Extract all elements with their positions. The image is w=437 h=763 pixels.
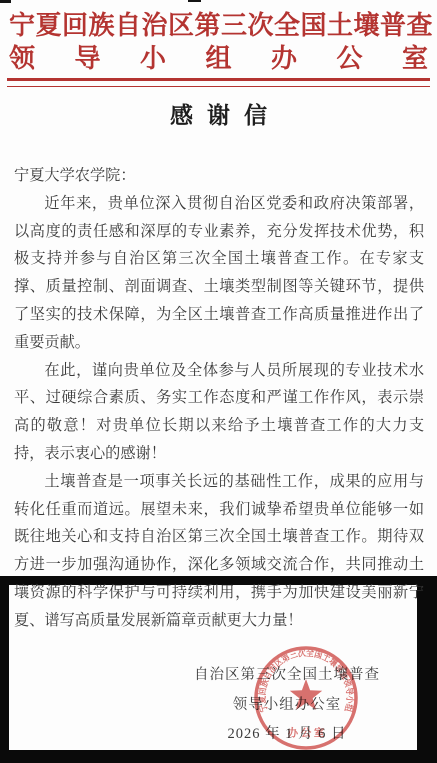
scan-artifact: [188, 0, 201, 2]
photo-border-bottom: [0, 750, 437, 763]
photo-border-left: [0, 580, 9, 763]
letterhead-line1: 宁夏回族自治区第三次全国土壤普查: [9, 8, 428, 44]
letter-page: 宁夏回族自治区第三次全国土壤普查 领导小组办公室 感谢信 宁夏大学农学院： 近年…: [0, 0, 437, 763]
body-paragraph: 土壤普查是一项事关长远的基础性工作，成果的应用与转化任重而道远。展望未来，我们诚…: [14, 468, 424, 635]
letterhead-line2: 领导小组办公室: [9, 44, 428, 74]
letter-title: 感谢信: [0, 100, 437, 132]
signature-date: 2026 年 1 月 6 日: [194, 720, 380, 750]
salutation: 宁夏大学农学院：: [14, 162, 424, 190]
signature-line2: 领导小组办公室: [194, 691, 380, 721]
scan-artifact: [0, 0, 11, 3]
signature-block: 自治区第三次全国土壤普查 领导小组办公室 2026 年 1 月 6 日: [194, 661, 380, 750]
body-paragraph: 近年来，贵单位深入贯彻自治区党委和政府决策部署，以高度的责任感和深厚的专业素养，…: [14, 190, 424, 357]
letterhead: 宁夏回族自治区第三次全国土壤普查 领导小组办公室: [9, 8, 428, 74]
letterhead-rule-thick: [7, 78, 430, 81]
signature-line1: 自治区第三次全国土壤普查: [194, 661, 380, 691]
letterhead-rule-thin: [7, 86, 430, 88]
letter-body: 宁夏大学农学院： 近年来，贵单位深入贯彻自治区党委和政府决策部署，以高度的责任感…: [14, 162, 424, 635]
body-paragraph: 在此，谨向贵单位及全体参与人员所展现的专业技术水平、过硬综合素质、务实工作态度和…: [14, 357, 424, 468]
